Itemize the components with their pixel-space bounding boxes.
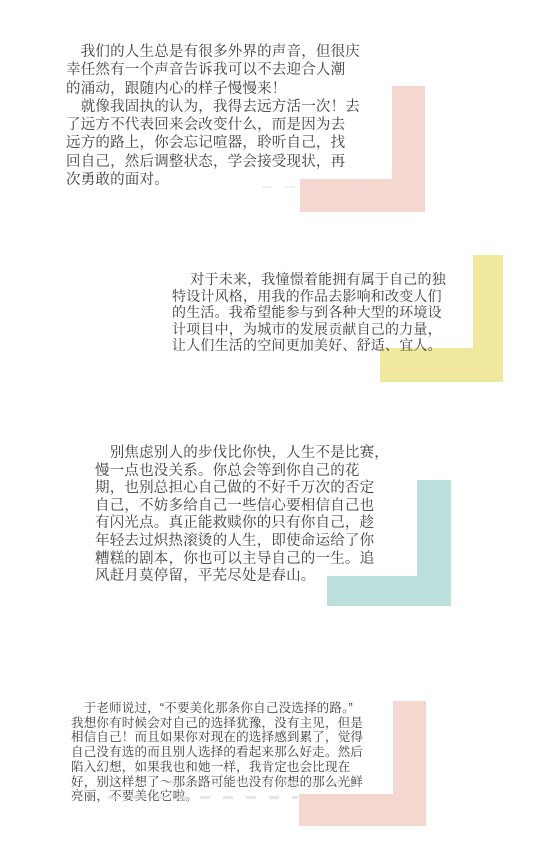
essay-page: 我们的人生总是有很多外界的声音，但很庆 幸任然有一个声音告诉我可以不去迎合人潮 …: [0, 0, 541, 852]
paragraph-future-design-dream: 对于未来，我憧憬着能拥有属于自己的独 特设计风格，用我的作品去影响和改变人们 的…: [172, 271, 472, 354]
paragraph-dont-rush-your-bloom: 别焦虑别人的步伐比你快，人生不是比赛， 慢一点也没关系。你总会等到你自己的花 期…: [95, 445, 415, 586]
paragraph-dont-beautify-the-other-road: 于老师说过，“不要美化那条你自己没选择的路。” 我想你有时候会对自己的选择犹豫，…: [71, 701, 406, 804]
erased-text-artifact: [262, 186, 377, 188]
erased-text-artifact: [108, 796, 298, 799]
erased-text-artifact: [170, 781, 345, 784]
paragraph-life-voices: 我们的人生总是有很多外界的声音，但很庆 幸任然有一个声音告诉我可以不去迎合人潮 …: [66, 43, 386, 189]
